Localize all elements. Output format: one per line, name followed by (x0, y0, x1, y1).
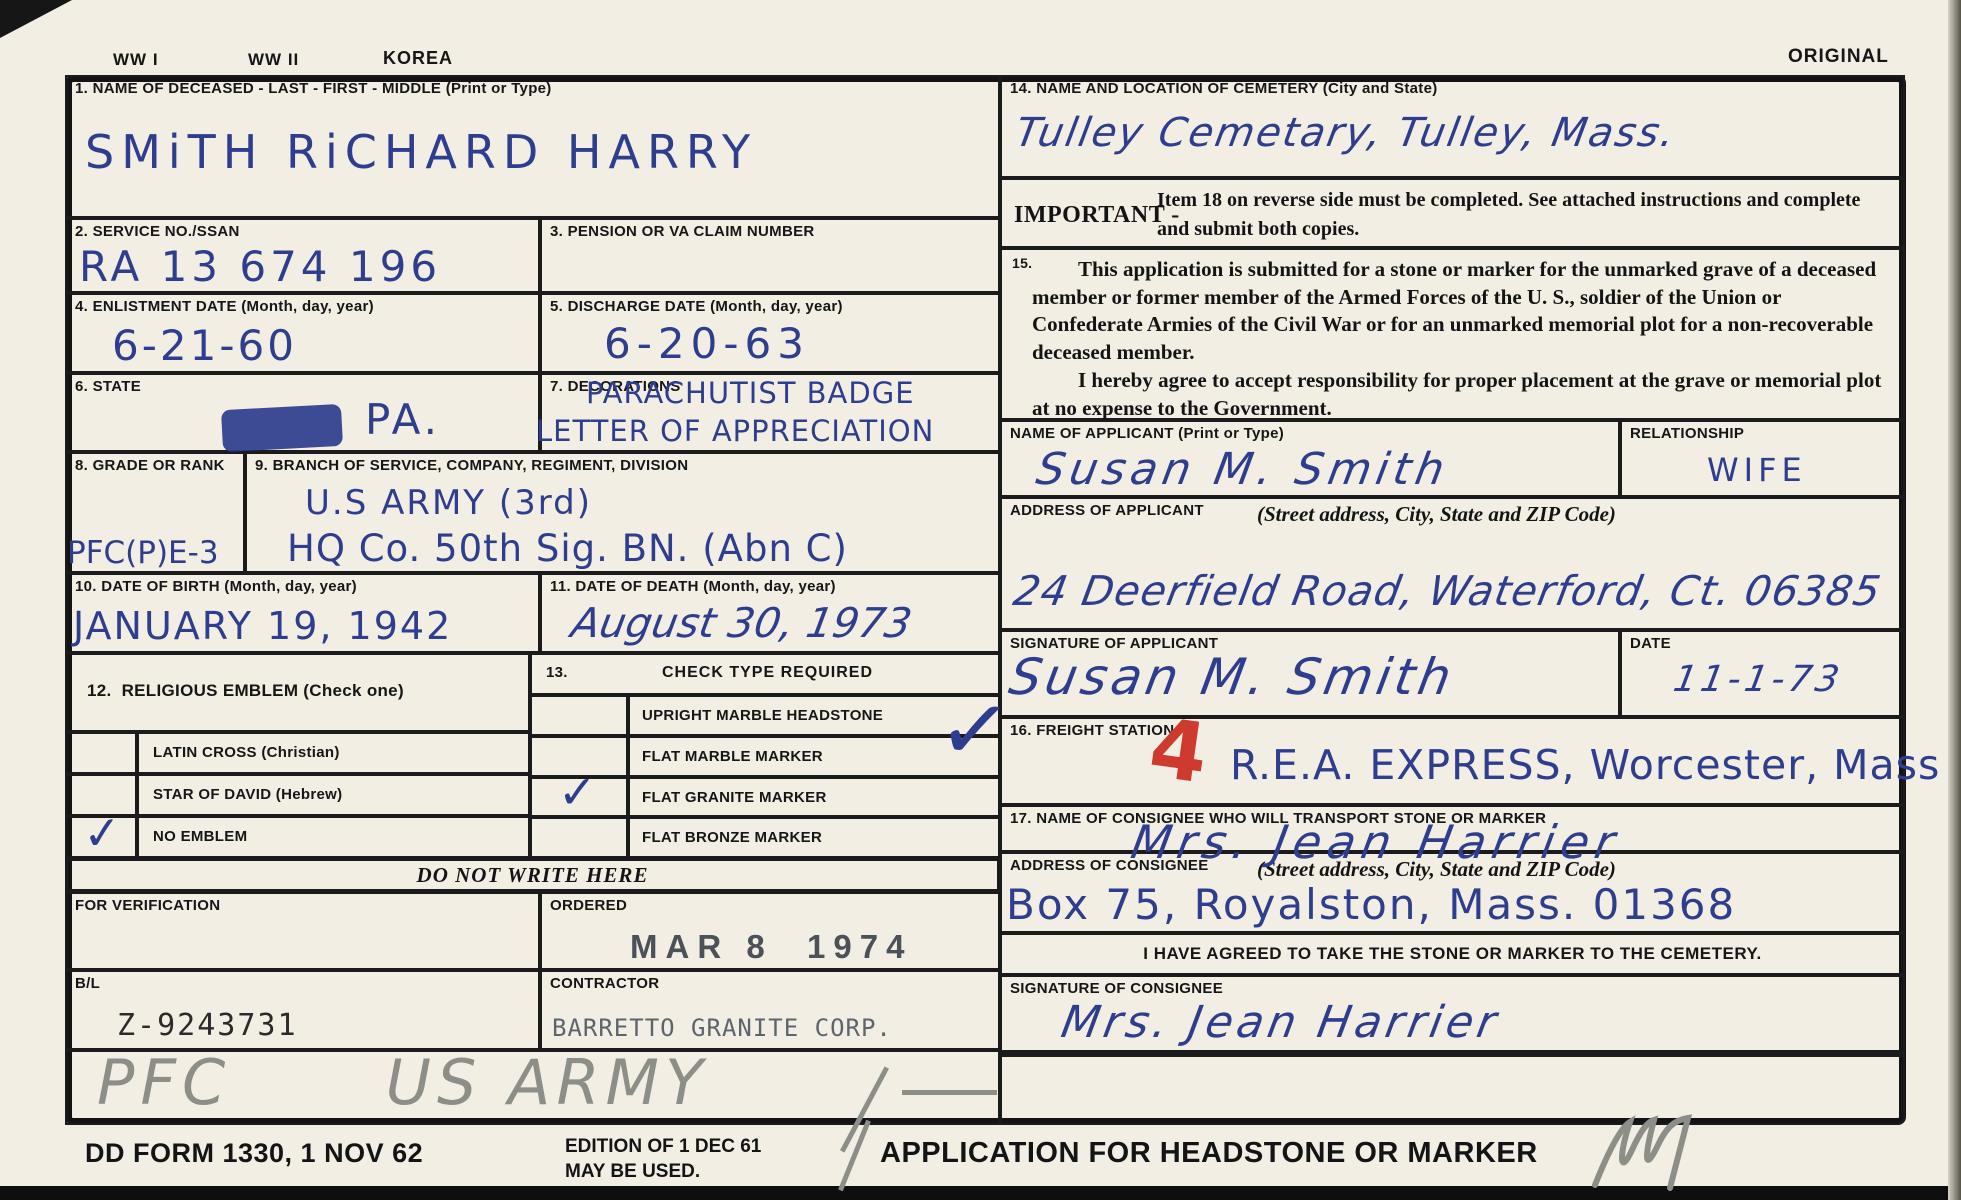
scan-corner-mark (0, 0, 72, 38)
checkbox-upright-marble (530, 695, 628, 736)
field-enlistment-date: 4. ENLISTMENT DATE (Month, day, year) 6-… (65, 293, 540, 373)
field-label: 1. NAME OF DECEASED - LAST - FIRST - MID… (75, 80, 552, 97)
field-name-of-deceased: 1. NAME OF DECEASED - LAST - FIRST - MID… (65, 75, 1000, 218)
field-label: FOR VERIFICATION (75, 897, 220, 914)
option-flat-granite: FLAT GRANITE MARKER (628, 777, 1000, 817)
field-label: 10. DATE OF BIRTH (Month, day, year) (75, 578, 357, 595)
birth-date-handwriting: JANUARY 19, 1942 (73, 607, 452, 645)
option-label: FLAT BRONZE MARKER (642, 829, 822, 846)
field-label: CONTRACTOR (550, 975, 659, 992)
field-applicant-address: ADDRESS OF APPLICANT (Street address, Ci… (1000, 497, 1905, 630)
checkbox-flat-granite: ✓ (530, 777, 628, 817)
form-number: DD FORM 1330, 1 NOV 62 (85, 1138, 423, 1169)
field-label: 11. DATE OF DEATH (Month, day, year) (550, 578, 836, 595)
field-freight-station: 16. FREIGHT STATION 4 R.E.A. EXPRESS, Wo… (1000, 717, 1905, 805)
pencil-scribble (1570, 1110, 1760, 1195)
edition-note-line2: MAY BE USED. (565, 1161, 700, 1183)
field-branch-of-service: 9. BRANCH OF SERVICE, COMPANY, REGIMENT,… (245, 452, 1000, 573)
field-label: 6. STATE (75, 378, 141, 395)
field-service-no: 2. SERVICE NO./SSAN RA 13 674 196 (65, 218, 540, 293)
field-label: 5. DISCHARGE DATE (Month, day, year) (550, 298, 843, 315)
field-bl: B/L Z-9243731 (65, 970, 540, 1050)
field-date-of-death: 11. DATE OF DEATH (Month, day, year) Aug… (540, 573, 1000, 653)
statement-paragraph-2: I hereby agree to accept responsibility … (1032, 367, 1890, 422)
applicant-address-handwriting: 24 Deerfield Road, Waterford, Ct. 06385 (1010, 571, 1884, 612)
freight-station-handwriting: R.E.A. EXPRESS, Worcester, Mass (1230, 745, 1940, 786)
field-label: ORDERED (550, 897, 627, 914)
death-date-handwriting: August 30, 1973 (568, 603, 914, 644)
important-label: IMPORTANT - (1014, 202, 1180, 229)
discharge-date-handwriting: 6-20-63 (604, 323, 810, 365)
pencil-dash-stroke (902, 1090, 997, 1095)
stray-checkmark: ✓ (934, 682, 1017, 777)
pencil-note-handwriting: PFC US ARMY (97, 1052, 709, 1114)
applicant-signature-handwriting: Susan M. Smith (1006, 652, 1459, 702)
field-applicant-name: NAME OF APPLICANT (Print or Type) Susan … (1000, 420, 1620, 497)
cemetery-handwriting: Tulley Cemetary, Tulley, Mass. (1012, 113, 1679, 153)
field-label: NAME OF APPLICANT (Print or Type) (1010, 425, 1284, 442)
relationship-handwriting: WIFE (1707, 454, 1807, 486)
religious-emblem-num: 12. (87, 681, 112, 700)
field-religious-emblem: 12. RELIGIOUS EMBLEM (Check one) (65, 653, 530, 732)
field-date-signed: DATE 11-1-73 (1620, 630, 1905, 717)
option-flat-bronze: FLAT BRONZE MARKER (628, 817, 1000, 858)
form-title: APPLICATION FOR HEADSTONE OR MARKER (880, 1137, 1538, 1170)
branch-line2-handwriting: HQ Co. 50th Sig. BN. (Abn C) (287, 530, 848, 567)
field-ordered: ORDERED MAR 8 1974 (540, 892, 1000, 970)
check-type-title: CHECK TYPE REQUIRED (662, 664, 873, 682)
bottom-right-empty-box (1000, 1055, 1905, 1125)
option-label: NO EMBLEM (153, 828, 247, 845)
enlistment-date-handwriting: 6-21-60 (112, 325, 297, 367)
field-label: DATE (1630, 635, 1671, 652)
scanned-form-dd1330: WW I WW II KOREA ORIGINAL 1. NAME OF DEC… (0, 0, 1961, 1200)
field-for-verification: FOR VERIFICATION (65, 892, 540, 970)
edition-note-line1: EDITION OF 1 DEC 61 (565, 1136, 761, 1158)
field-grade-rank: 8. GRADE OR RANK PFC(P)E-3 (65, 452, 245, 573)
option-no-emblem: NO EMBLEM (137, 816, 530, 858)
checkbox-no-emblem: ✓ (65, 816, 137, 858)
state-handwriting: PA. (365, 399, 441, 441)
field-consignee-name: 17. NAME OF CONSIGNEE WHO WILL TRANSPORT… (1000, 805, 1905, 852)
do-not-write-label: DO NOT WRITE HERE (417, 863, 649, 888)
war-label-ww2: WW II (248, 50, 299, 70)
war-label-ww1: WW I (113, 50, 159, 70)
branch-line1-handwriting: U.S ARMY (3rd) (305, 486, 592, 520)
religious-emblem-title: RELIGIOUS EMBLEM (Check one) (122, 681, 404, 700)
check-type-num: 13. (546, 664, 568, 681)
field-decorations: 7. DECORATIONS PARACHUTIST BADGE LETTER … (540, 373, 1000, 452)
bottom-left-empty-box: PFC US ARMY (65, 1050, 1000, 1125)
agreed-text: I HAVE AGREED TO TAKE THE STONE OR MARKE… (1143, 944, 1761, 964)
option-label: FLAT MARBLE MARKER (642, 748, 823, 765)
copy-type-label: ORIGINAL (1788, 46, 1889, 68)
application-statement: 15. This application is submitted for a … (1000, 248, 1905, 420)
field-pension-claim: 3. PENSION OR VA CLAIM NUMBER (540, 218, 1000, 293)
deceased-name-handwriting: SMiTH RiCHARD HARRY (85, 129, 757, 175)
date-signed-handwriting: 11-1-73 (1671, 662, 1846, 698)
field-label: 14. NAME AND LOCATION OF CEMETERY (City … (1010, 80, 1438, 97)
option-latin-cross: LATIN CROSS (Christian) (137, 732, 530, 774)
field-label: 16. FREIGHT STATION (1010, 722, 1174, 739)
field-relationship: RELATIONSHIP WIFE (1620, 420, 1905, 497)
option-label: FLAT GRANITE MARKER (642, 789, 827, 806)
field-label: ADDRESS OF APPLICANT (1010, 502, 1204, 519)
agreed-statement: I HAVE AGREED TO TAKE THE STONE OR MARKE… (1000, 933, 1905, 975)
field-label: 8. GRADE OR RANK (75, 457, 225, 474)
field-check-type-required: 13. CHECK TYPE REQUIRED (530, 653, 1000, 695)
consignee-signature-handwriting: Mrs. Jean Harrier (1058, 1001, 1503, 1045)
field-label: 12. RELIGIOUS EMBLEM (Check one) (87, 681, 404, 701)
field-label: B/L (75, 975, 100, 992)
state-scribbled-out (221, 404, 343, 452)
field-label: 4. ENLISTMENT DATE (Month, day, year) (75, 298, 374, 315)
field-contractor: CONTRACTOR BARRETTO GRANITE CORP. (540, 970, 1000, 1050)
decorations-line2-handwriting: LETTER OF APPRECIATION (536, 417, 934, 446)
bl-number-typed: Z-9243731 (117, 1008, 298, 1043)
freight-red-mark: 4 (1145, 707, 1213, 796)
checkbox-flat-bronze (530, 817, 628, 858)
field-applicant-signature: SIGNATURE OF APPLICANT Susan M. Smith (1000, 630, 1620, 717)
option-star-of-david: STAR OF DAVID (Hebrew) (137, 774, 530, 816)
field-label: 2. SERVICE NO./SSAN (75, 223, 240, 240)
statement-num: 15. (1012, 255, 1032, 271)
decorations-line1-handwriting: PARACHUTIST BADGE (586, 379, 915, 408)
option-label: STAR OF DAVID (Hebrew) (153, 786, 342, 803)
field-label: SIGNATURE OF CONSIGNEE (1010, 980, 1223, 997)
do-not-write-band: DO NOT WRITE HERE (65, 858, 1000, 892)
statement-paragraph-1: This application is submitted for a ston… (1032, 256, 1890, 367)
field-date-of-birth: 10. DATE OF BIRTH (Month, day, year) JAN… (65, 573, 540, 653)
field-label: 9. BRANCH OF SERVICE, COMPANY, REGIMENT,… (255, 457, 688, 474)
statement-text: This application is submitted for a ston… (1032, 256, 1890, 422)
war-label-korea: KOREA (383, 48, 453, 69)
field-state: 6. STATE PA. (65, 373, 540, 452)
field-label-paren: (Street address, City, State and ZIP Cod… (1257, 502, 1616, 527)
option-label: UPRIGHT MARBLE HEADSTONE (642, 707, 883, 724)
important-notice: IMPORTANT - Item 18 on reverse side must… (1000, 178, 1905, 248)
field-label: 3. PENSION OR VA CLAIM NUMBER (550, 223, 815, 240)
option-label: LATIN CROSS (Christian) (153, 744, 340, 761)
field-consignee-signature: SIGNATURE OF CONSIGNEE Mrs. Jean Harrier (1000, 975, 1905, 1055)
service-no-handwriting: RA 13 674 196 (79, 246, 441, 288)
ordered-date-stamp: MAR 8 1974 (630, 928, 912, 966)
consignee-address-handwriting: Box 75, Royalston, Mass. 01368 (1006, 884, 1736, 926)
applicant-name-handwriting: Susan M. Smith (1033, 448, 1452, 492)
field-discharge-date: 5. DISCHARGE DATE (Month, day, year) 6-2… (540, 293, 1000, 373)
important-text: Item 18 on reverse side must be complete… (1157, 186, 1892, 244)
field-label: RELATIONSHIP (1630, 425, 1744, 442)
checkbox-latin-cross (65, 732, 137, 774)
no-emblem-checkmark: ✓ (81, 809, 123, 858)
scan-right-edge (1948, 0, 1961, 1200)
consignee-name-handwriting: Mrs. Jean Harrier (1128, 819, 1624, 865)
grade-rank-handwriting: PFC(P)E-3 (67, 538, 219, 569)
flat-granite-checkmark: ✓ (558, 769, 597, 815)
contractor-typed: BARRETTO GRANITE CORP. (552, 1014, 892, 1042)
field-cemetery-location: 14. NAME AND LOCATION OF CEMETERY (City … (1000, 75, 1905, 178)
